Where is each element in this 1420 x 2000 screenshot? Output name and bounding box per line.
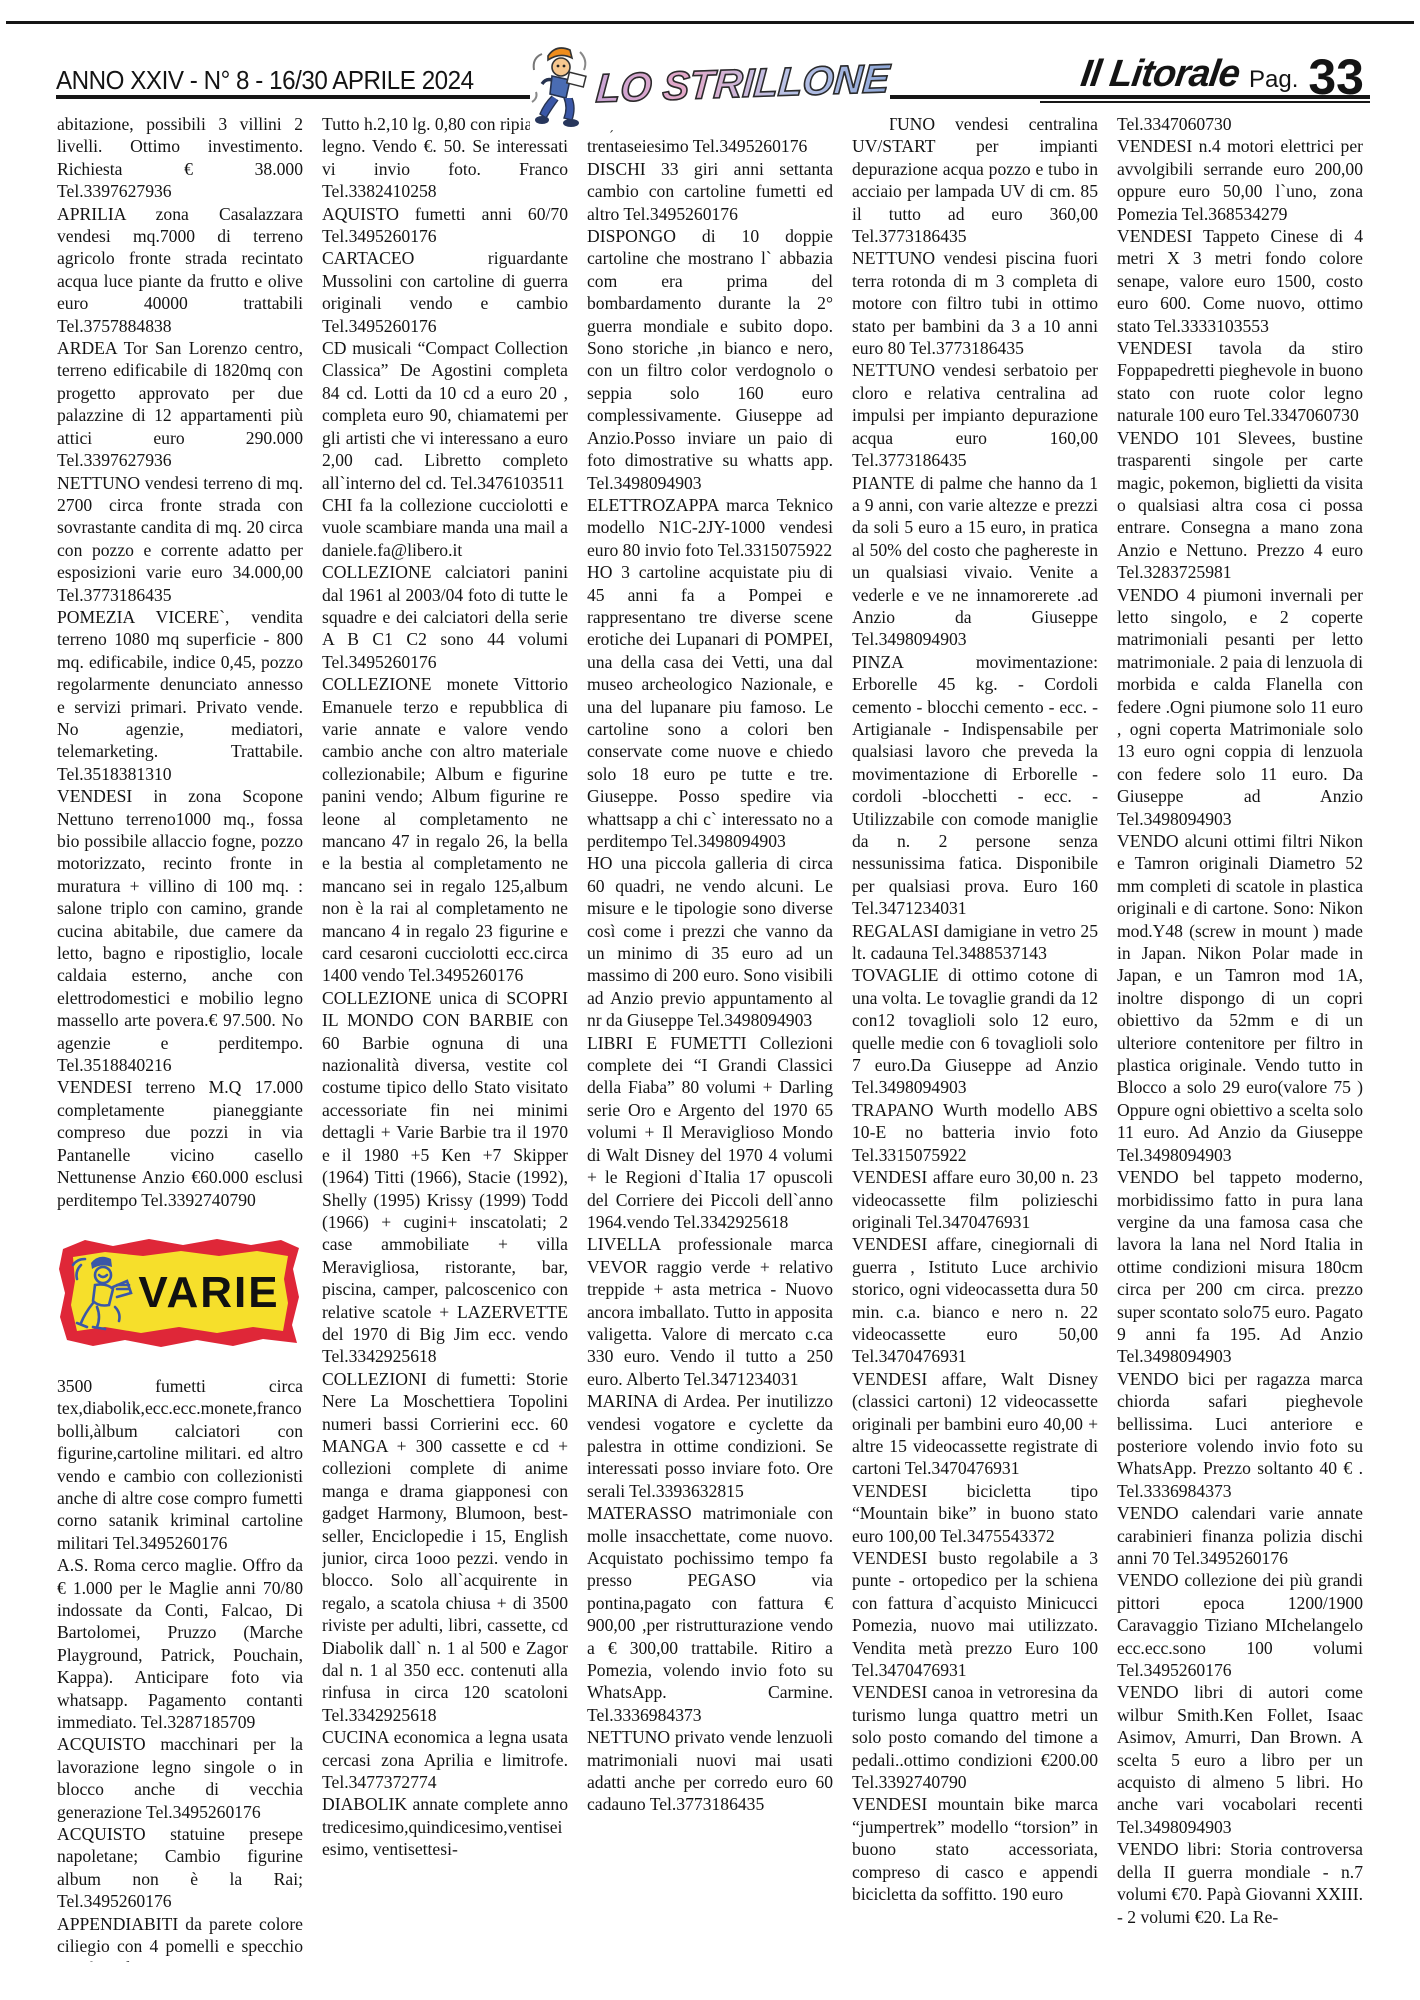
classified-ad: PIANTE di palme che hanno da 1 a 9 anni,… bbox=[852, 472, 1098, 651]
classified-ad: POMEZIA VICERE`, vendita terreno 1080 mq… bbox=[57, 606, 303, 785]
classified-ad: HO una piccola galleria di circa 60 quad… bbox=[587, 852, 833, 1031]
classified-ad: VENDESI busto regolabile a 3 punte - ort… bbox=[852, 1547, 1098, 1681]
classified-ad: PINZA movimentazione: Erborelle 45 kg. -… bbox=[852, 651, 1098, 920]
classifieds-columns: abitazione, possibili 3 villini 2 livell… bbox=[57, 113, 1363, 1962]
classified-ad: APPENDIABITI da parete colore ciliegio c… bbox=[57, 1913, 303, 1962]
classified-ad: VENDESI mountain bike marca “jumpertrek”… bbox=[852, 1793, 1098, 1905]
classified-ad: A.S. Roma cerco maglie. Offro da € 1.000… bbox=[57, 1554, 303, 1733]
classified-ad: COLLEZIONE monete Vittorio Emanuele terz… bbox=[322, 673, 568, 987]
classified-ad: VENDESI in zona Scopone Nettuno terreno1… bbox=[57, 785, 303, 1076]
classified-ad: VENDO collezione dei più grandi pittori … bbox=[1117, 1569, 1363, 1681]
varie-section-header: VARIE bbox=[57, 1235, 303, 1353]
classified-ad: ACQUISTO statuine presepe napoletane; Ca… bbox=[57, 1823, 303, 1913]
classified-ad: NETTUNO privato vende lenzuoli matrimoni… bbox=[587, 1726, 833, 1816]
masthead: Il Litorale Pag. 33 bbox=[1081, 53, 1364, 98]
classified-ad: REGALASI damigiane in vetro 25 lt. cadau… bbox=[852, 920, 1098, 965]
classified-ad: VENDO libri di autori come wilbur Smith.… bbox=[1117, 1681, 1363, 1838]
classified-ad: MARINA di Ardea. Per inutilizzo vendesi … bbox=[587, 1390, 833, 1502]
classified-ad: VENDESI bicicletta tipo “Mountain bike” … bbox=[852, 1480, 1098, 1547]
classified-ad: LIBRI E FUMETTI Collezioni complete dei … bbox=[587, 1032, 833, 1234]
classified-ad: VENDO 101 Slevees, bustine trasparenti s… bbox=[1117, 427, 1363, 584]
classified-ad: APRILIA zona Casalazzara vendesi mq.7000… bbox=[57, 203, 303, 337]
masthead-title: Il Litorale bbox=[1078, 53, 1242, 98]
classified-ad: CUCINA economica a legna usata cercasi z… bbox=[322, 1726, 568, 1793]
classified-ad: NETTUNO vendesi terreno di mq. 2700 circ… bbox=[57, 472, 303, 606]
classified-ad: AQUISTO fumetti anni 60/70 Tel.349526017… bbox=[322, 203, 568, 248]
classified-ad: ELETTROZAPPA marca Teknico modello N1C-2… bbox=[587, 494, 833, 561]
classifieds-column-4: NETTUNO vendesi centralina UV/START per … bbox=[852, 113, 1098, 1962]
classified-ad: LIVELLA professionale marca VEVOR raggio… bbox=[587, 1233, 833, 1390]
classified-ad: VENDESI affare euro 30,00 n. 23 videocas… bbox=[852, 1166, 1098, 1233]
classified-ad: CARTACEO riguardante Mussolini con carto… bbox=[322, 247, 568, 337]
classified-ad: Tel.3347060730 bbox=[1117, 113, 1363, 135]
lo-strillone-logo: LO STRILLONE bbox=[530, 38, 890, 130]
classified-ad: ACQUISTO macchinari per la lavorazione l… bbox=[57, 1733, 303, 1823]
classified-ad: VENDESI tavola da stiro Foppapedretti pi… bbox=[1117, 337, 1363, 427]
classified-ad: VENDO bici per ragazza marca chiorda saf… bbox=[1117, 1368, 1363, 1502]
classified-ad: VENDESI canoa in vetroresina da turismo … bbox=[852, 1681, 1098, 1793]
masthead-underline bbox=[1040, 101, 1370, 103]
newsboy-cartoon-icon bbox=[530, 40, 592, 128]
classifieds-column-5: Tel.3347060730VENDESI n.4 motori elettri… bbox=[1117, 113, 1363, 1962]
classified-ad: ARDEA Tor San Lorenzo centro, terreno ed… bbox=[57, 337, 303, 471]
classified-ad: NETTUNO vendesi centralina UV/START per … bbox=[852, 113, 1098, 247]
classifieds-column-2: Tutto h.2,10 lg. 0,80 con ripiano in leg… bbox=[322, 113, 568, 1962]
logo-text: LO STRILLONE bbox=[595, 56, 891, 111]
classified-ad: COLLEZIONE unica di SCOPRI IL MONDO CON … bbox=[322, 987, 568, 1368]
newspaper-page: ANNO XXIV - N° 8 - 16/30 APRILE 2024 Il … bbox=[0, 0, 1420, 2000]
classified-ad: VENDO calendari varie annate carabinieri… bbox=[1117, 1502, 1363, 1569]
varie-label: VARIE bbox=[138, 1268, 279, 1317]
page-label: Pag. bbox=[1249, 66, 1298, 98]
issue-date-line: ANNO XXIV - N° 8 - 16/30 APRILE 2024 bbox=[56, 65, 474, 98]
classified-ad: VENDESI affare, cinegiornali di guerra ,… bbox=[852, 1233, 1098, 1367]
classified-ad: DIABOLIK annate complete anno tredicesim… bbox=[322, 1793, 568, 1860]
classified-ad: 3500 fumetti circa tex,diabolik,ecc.ecc.… bbox=[57, 1375, 303, 1554]
classified-ad: HO 3 cartoline acquistate piu di 45 anni… bbox=[587, 561, 833, 852]
classified-ad: CHI fa la collezione cucciolotti e vuole… bbox=[322, 494, 568, 561]
page-number: 33 bbox=[1308, 56, 1364, 99]
classified-ad: DISPONGO di 10 doppie cartoline che most… bbox=[587, 225, 833, 494]
classified-ad: COLLEZIONE calciatori panini dal 1961 al… bbox=[322, 561, 568, 673]
classified-ad: VENDESI terreno M.Q 17.000 completamente… bbox=[57, 1076, 303, 1210]
classified-ad: COLLEZIONI di fumetti: Storie Nere La Mo… bbox=[322, 1368, 568, 1727]
classified-ad: VENDO alcuni ottimi filtri Nikon e Tamro… bbox=[1117, 830, 1363, 1166]
classified-ad: TOVAGLIE di ottimo cotone di una volta. … bbox=[852, 964, 1098, 1098]
classified-ad: VENDO 4 piumoni invernali per letto sing… bbox=[1117, 584, 1363, 830]
classified-ad: TRAPANO Wurth modello ABS 10-E no batter… bbox=[852, 1099, 1098, 1166]
classified-ad: VENDESI Tappeto Cinese di 4 metri X 3 me… bbox=[1117, 225, 1363, 337]
classifieds-column-1: abitazione, possibili 3 villini 2 livell… bbox=[57, 113, 303, 1962]
classified-ad: VENDO libri: Storia controversa della II… bbox=[1117, 1838, 1363, 1928]
classified-ad: MATERASSO matrimoniale con molle insacch… bbox=[587, 1502, 833, 1726]
classified-ad: NETTUNO vendesi piscina fuori terra roto… bbox=[852, 247, 1098, 359]
classified-ad: VENDO bel tappeto moderno, morbidissimo … bbox=[1117, 1166, 1363, 1368]
top-border-rule bbox=[6, 21, 1414, 24]
classified-ad: NETTUNO vendesi serbatoio per cloro e re… bbox=[852, 359, 1098, 471]
classified-ad: VENDESI n.4 motori elettrici per avvolgi… bbox=[1117, 135, 1363, 225]
classified-ad: DISCHI 33 giri anni settanta cambio con … bbox=[587, 158, 833, 225]
classified-ad: abitazione, possibili 3 villini 2 livell… bbox=[57, 113, 303, 203]
classified-ad: CD musicali “Compact Collection Classica… bbox=[322, 337, 568, 494]
classified-ad: VENDESI affare, Walt Disney (classici ca… bbox=[852, 1368, 1098, 1480]
classifieds-column-3: mo,dal trentesimo al trentaseiesimo Tel.… bbox=[587, 113, 833, 1962]
